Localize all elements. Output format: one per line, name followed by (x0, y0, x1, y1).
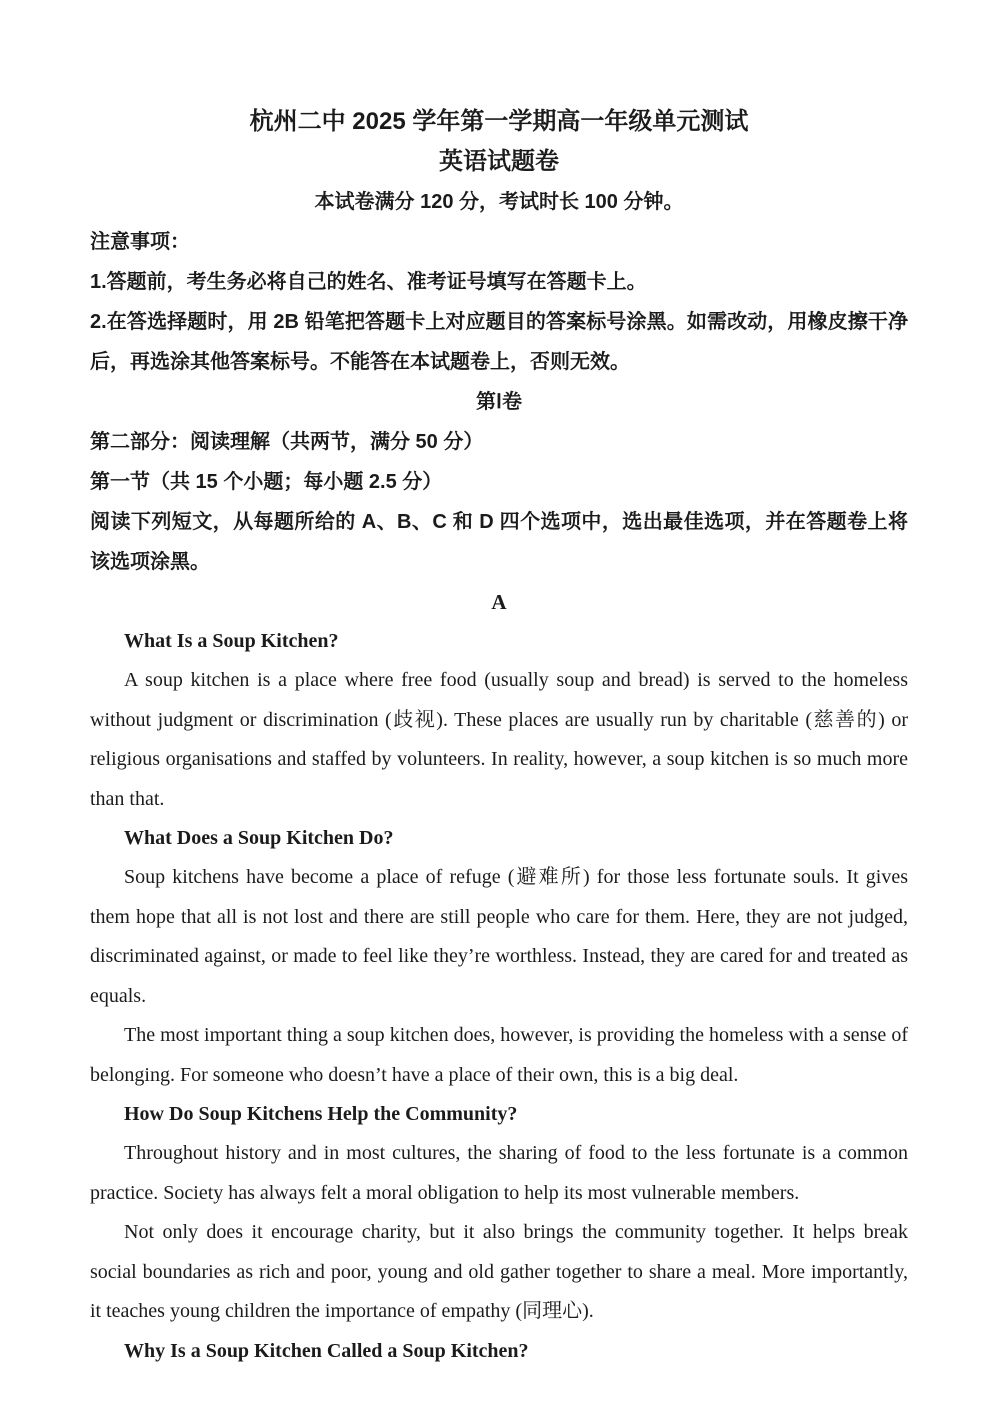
passage-paragraph: Not only does it encourage charity, but … (90, 1213, 908, 1332)
passage-heading-what-is: What Is a Soup Kitchen? (124, 622, 908, 661)
exam-info: 本试卷满分 120 分，考试时长 100 分钟。 (90, 182, 908, 222)
exam-paper-page: 杭州二中 2025 学年第一学期高一年级单元测试 英语试题卷 本试卷满分 120… (0, 0, 1000, 1414)
passage-heading-why-is: Why Is a Soup Kitchen Called a Soup Kitc… (124, 1332, 908, 1371)
part-heading: 第二部分：阅读理解（共两节，满分 50 分） (90, 422, 908, 462)
notice-item-2: 2.在答选择题时，用 2B 铅笔把答题卡上对应题目的答案标号涂黑。如需改动，用橡… (90, 302, 908, 382)
passage-label: A (90, 582, 908, 622)
passage-heading-what-does: What Does a Soup Kitchen Do? (124, 819, 908, 858)
passage-paragraph: Soup kitchens have become a place of ref… (90, 858, 908, 1016)
passage-paragraph: The most important thing a soup kitchen … (90, 1016, 908, 1095)
exam-subtitle: 英语试题卷 (90, 142, 908, 182)
volume-heading: 第Ⅰ卷 (90, 382, 908, 422)
notice-heading: 注意事项： (90, 222, 908, 262)
passage-paragraph: Throughout history and in most cultures,… (90, 1134, 908, 1213)
notice-item-1: 1.答题前，考生务必将自己的姓名、准考证号填写在答题卡上。 (90, 262, 908, 302)
passage-heading-how-do: How Do Soup Kitchens Help the Community? (124, 1095, 908, 1134)
passage-paragraph: A soup kitchen is a place where free foo… (90, 661, 908, 819)
reading-instructions: 阅读下列短文，从每题所给的 A、B、C 和 D 四个选项中，选出最佳选项，并在答… (90, 502, 908, 582)
section-heading: 第一节（共 15 个小题；每小题 2.5 分） (90, 462, 908, 502)
exam-title: 杭州二中 2025 学年第一学期高一年级单元测试 (90, 102, 908, 142)
